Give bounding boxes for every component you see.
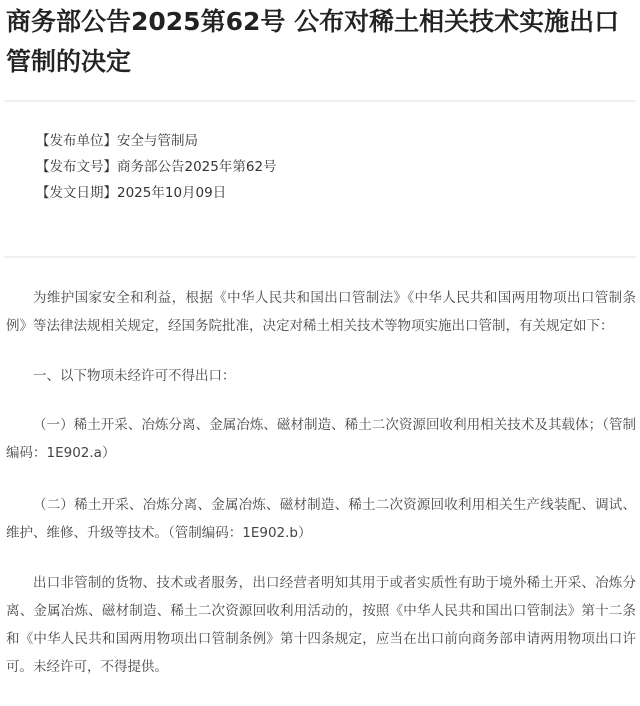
meta-value: 安全与管制局 [117,133,198,149]
title-divider [4,100,636,102]
meta-issue-date: 【发文日期】2025年10月09日 [36,180,277,206]
document-meta: 【发布单位】安全与管制局 【发布文号】商务部公告2025年第62号 【发文日期】… [36,128,277,206]
meta-value: 商务部公告2025年第62号 [117,159,277,175]
meta-document-number: 【发布文号】商务部公告2025年第62号 [36,154,277,180]
article-body: 为维护国家安全和利益，根据《中华人民共和国出口管制法》《中华人民共和国两用物项出… [6,284,636,681]
article-title: 商务部公告2025第62号 公布对稀土相关技术实施出口管制的决定 [6,2,636,82]
list-item-1: （一）稀土开采、冶炼分离、金属冶炼、磁材制造、稀土二次资源回收利用相关技术及其载… [6,411,636,467]
meta-label: 【发布文号】 [36,159,117,175]
non-controlled-paragraph: 出口非管制的货物、技术或者服务，出口经营者明知其用于或者实质性有助于境外稀土开采… [6,569,636,681]
meta-label: 【发布单位】 [36,133,117,149]
intro-paragraph: 为维护国家安全和利益，根据《中华人民共和国出口管制法》《中华人民共和国两用物项出… [6,284,636,340]
meta-divider [4,256,636,258]
section-heading-1: 一、以下物项未经许可不得出口： [6,362,636,390]
list-item-2: （二）稀土开采、冶炼分离、金属冶炼、磁材制造、稀土二次资源回收利用相关生产线装配… [6,491,636,547]
meta-value: 2025年10月09日 [117,185,226,201]
meta-label: 【发文日期】 [36,185,117,201]
meta-issuing-unit: 【发布单位】安全与管制局 [36,128,277,154]
